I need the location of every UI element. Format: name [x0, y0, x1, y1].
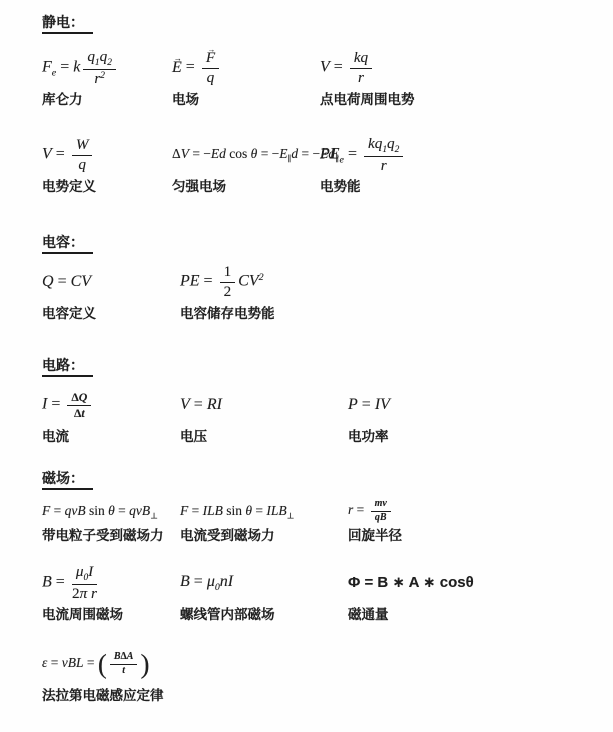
- formula-caption: 磁通量: [348, 607, 613, 624]
- section-capacitance-title: 电容：: [42, 234, 93, 254]
- formula-voltage: V = RI 电压: [180, 385, 348, 446]
- formula-gyroradius: r = mvqB 回旋半径: [348, 498, 613, 545]
- formula-caption: 电容定义: [42, 306, 180, 323]
- formula-expression: V = Wq: [42, 136, 95, 173]
- formula-caption: 电势定义: [42, 179, 172, 196]
- formula-caption: 电势能: [320, 179, 613, 196]
- formula-caption: 匀强电场: [172, 179, 320, 196]
- formula-caption: 电容储存电势能: [180, 306, 348, 323]
- formula-potential-definition: V = Wq 电势定义: [42, 135, 172, 196]
- formula-expression: Q = CV: [42, 273, 91, 291]
- formula-caption: 电流: [42, 429, 180, 446]
- formula-row: Fe = kq1q2r2 库仑力 E→ = F→q 电场 V = kqr 点电荷…: [42, 48, 613, 109]
- formula-coulomb-force: Fe = kq1q2r2 库仑力: [42, 48, 172, 109]
- formula-current: I = ΔQΔt 电流: [42, 385, 180, 446]
- formula-expression: P = IV: [348, 396, 390, 414]
- section-magnetism: 磁场： F = qvB sin θ = qvB⊥ 带电粒子受到磁场力 F = I…: [42, 470, 613, 705]
- formula-magnetic-flux: Φ = B ∗ A ∗ cosθ 磁通量: [348, 563, 613, 624]
- formula-caption: 点电荷周围电势: [320, 92, 613, 109]
- formula-caption: 电压: [180, 429, 348, 446]
- formula-expression: V = RI: [180, 396, 222, 414]
- formula-uniform-field: ΔV = −Ed cos θ = −E∥d = −Ed∥ 匀强电场: [172, 135, 320, 196]
- formula-caption: 电功率: [348, 429, 613, 446]
- formula-expression: Φ = B ∗ A ∗ cosθ: [348, 574, 474, 592]
- formula-caption: 库仑力: [42, 92, 172, 109]
- formula-expression: E→ = F→q: [172, 49, 222, 86]
- section-statics-title: 静电：: [42, 14, 93, 34]
- formula-caption: 法拉第电磁感应定律: [42, 688, 180, 705]
- formula-power: P = IV 电功率: [348, 385, 613, 446]
- formula-expression: ΔV = −Ed cos θ = −E∥d = −Ed∥: [172, 146, 339, 164]
- formula-expression: F = ILB sin θ = ILB⊥: [180, 503, 295, 521]
- formula-caption: 电流周围磁场: [42, 607, 180, 624]
- formula-expression: Fe = kq1q2r2: [42, 48, 119, 88]
- formula-expression: r = mvqB: [348, 498, 394, 524]
- formula-expression: F = qvB sin θ = qvB⊥: [42, 503, 158, 521]
- formula-expression: PE = 12CV2: [180, 263, 264, 300]
- formula-field-around-wire: B = μ0I2π r 电流周围磁场: [42, 563, 180, 624]
- formula-magnetic-force-particle: F = qvB sin θ = qvB⊥ 带电粒子受到磁场力: [42, 500, 180, 545]
- formula-sheet-page: { "page": { "background": "#fefefe", "te…: [0, 0, 613, 732]
- formula-potential-energy: PEe = kq1q2r 电势能: [320, 135, 613, 196]
- formula-row: B = μ0I2π r 电流周围磁场 B = μ0nI 螺线管内部磁场 Φ = …: [42, 563, 613, 624]
- section-capacitance: 电容： Q = CV 电容定义 PE = 12CV2 电容储存电势能: [42, 234, 613, 323]
- formula-solenoid-field: B = μ0nI 螺线管内部磁场: [180, 563, 348, 624]
- formula-point-charge-potential: V = kqr 点电荷周围电势: [320, 48, 613, 109]
- formula-faraday-law: ε = vBL = (BΔAt) 法拉第电磁感应定律: [42, 644, 180, 705]
- formula-electric-field: E→ = F→q 电场: [172, 48, 320, 109]
- formula-row: F = qvB sin θ = qvB⊥ 带电粒子受到磁场力 F = ILB s…: [42, 498, 613, 545]
- section-circuits: 电路： I = ΔQΔt 电流 V = RI 电压 P = IV 电功率: [42, 357, 613, 446]
- formula-capacitance-definition: Q = CV 电容定义: [42, 262, 180, 323]
- formula-row: I = ΔQΔt 电流 V = RI 电压 P = IV 电功率: [42, 385, 613, 446]
- formula-expression: ε = vBL = (BΔAt): [42, 651, 149, 677]
- section-statics: 静电： Fe = kq1q2r2 库仑力 E→ = F→q 电场 V = kqr…: [42, 14, 613, 196]
- formula-expression: I = ΔQΔt: [42, 390, 94, 420]
- formula-caption: 螺线管内部磁场: [180, 607, 348, 624]
- formula-row: Q = CV 电容定义 PE = 12CV2 电容储存电势能: [42, 262, 613, 323]
- formula-expression: B = μ0I2π r: [42, 563, 100, 603]
- formula-row: ε = vBL = (BΔAt) 法拉第电磁感应定律: [42, 644, 613, 705]
- formula-magnetic-force-current: F = ILB sin θ = ILB⊥ 电流受到磁场力: [180, 500, 348, 545]
- section-circuits-title: 电路：: [42, 357, 93, 377]
- formula-caption: 带电粒子受到磁场力: [42, 528, 180, 545]
- formula-expression: B = μ0nI: [180, 573, 233, 593]
- formula-row: V = Wq 电势定义 ΔV = −Ed cos θ = −E∥d = −Ed∥…: [42, 135, 613, 196]
- formula-expression: PEe = kq1q2r: [320, 135, 406, 175]
- formula-capacitor-energy: PE = 12CV2 电容储存电势能: [180, 262, 348, 323]
- section-magnetism-title: 磁场：: [42, 470, 93, 490]
- formula-caption: 电流受到磁场力: [180, 528, 348, 545]
- formula-caption: 回旋半径: [348, 528, 613, 545]
- formula-expression: V = kqr: [320, 49, 375, 86]
- formula-caption: 电场: [172, 92, 320, 109]
